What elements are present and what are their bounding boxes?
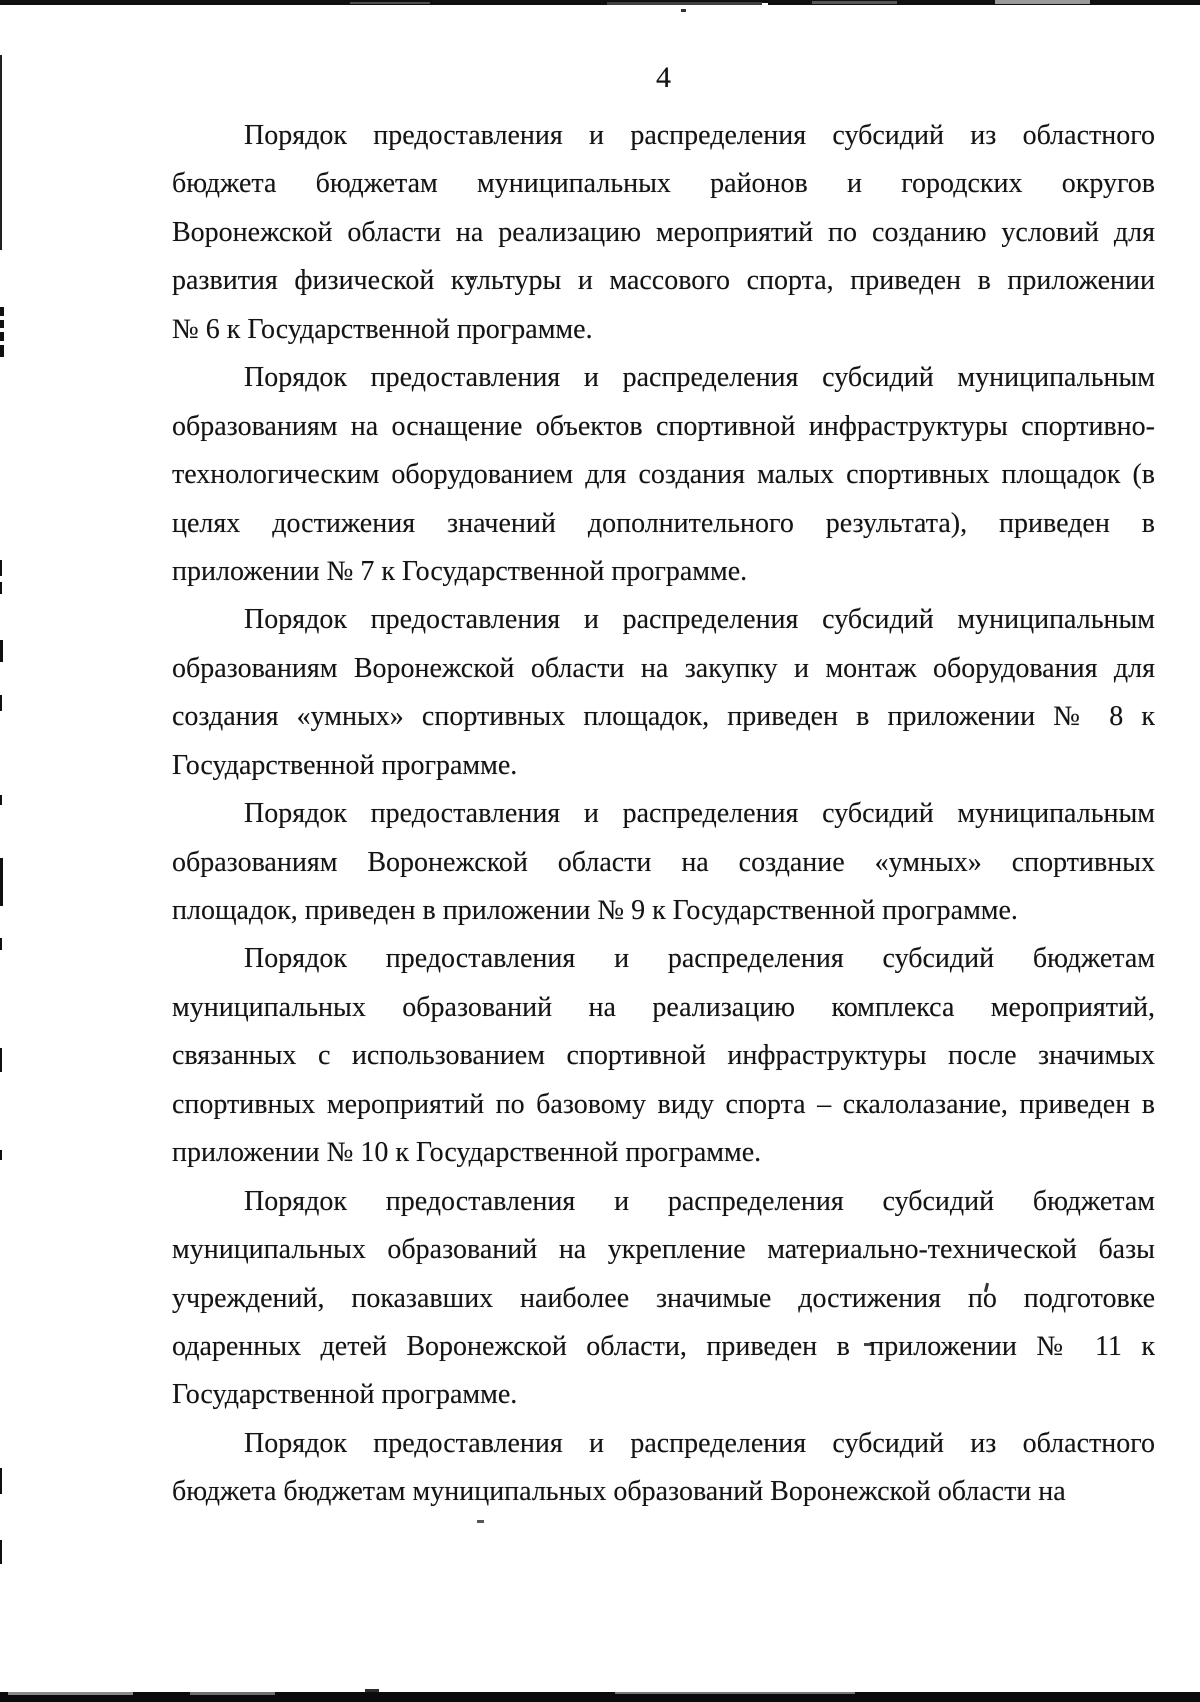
scan-artifact [365,1689,379,1692]
scan-artifact [0,345,4,357]
scan-artifact [0,582,2,594]
paragraph: Порядок предоставления и распределения с… [172,935,1155,1177]
scan-speck [681,9,686,12]
text-line: Порядок предоставления и распределения с… [172,790,1155,838]
scan-artifact [0,938,2,950]
text-line: муниципальных образований на укрепление … [172,1226,1155,1274]
scan-artifact [350,2,430,4]
paragraph: Порядок предоставления и распределения с… [172,354,1155,596]
text-line: Порядок предоставления и распределения с… [172,1178,1155,1226]
paragraph: Порядок предоставления и распределения с… [172,790,1155,935]
scan-border-left [0,55,2,250]
paragraph: Порядок предоставления и распределения с… [172,1178,1155,1420]
scan-artifact [0,320,4,328]
text-line: Порядок предоставления и распределения с… [172,596,1155,644]
text-line: создания «умных» спортивных площадок, пр… [172,693,1155,741]
scan-artifact [0,1468,2,1494]
scan-artifact [0,858,3,906]
text-line: приложении № 10 к Государственной програ… [172,1129,1155,1177]
scan-artifact [0,332,4,341]
text-line: Государственной программе. [172,1371,1155,1419]
scan-artifact [0,795,2,805]
scan-artifact [0,307,4,316]
scan-border-bottom [0,1692,1200,1702]
text-line: площадок, приведен в приложении № 9 к Го… [172,887,1155,935]
text-line: № 6 к Государственной программе. [172,306,1155,354]
text-line: Воронежской области на реализацию меропр… [172,209,1155,257]
scan-artifact [995,0,1090,4]
text-line: Порядок предоставления и распределения с… [172,112,1155,160]
scan-artifact [762,3,768,5]
document-body: Порядок предоставления и распределения с… [172,112,1155,1517]
text-line: бюджета бюджетам муниципальных районов и… [172,160,1155,208]
text-line: учреждений, показавших наиболее значимые… [172,1275,1155,1323]
text-line: спортивных мероприятий по базовому виду … [172,1081,1155,1129]
text-line: развития физической культуры и массового… [172,257,1155,305]
paragraph: Порядок предоставления и распределения с… [172,596,1155,790]
text-line: бюджета бюджетам муниципальных образован… [172,1468,1155,1516]
text-line: Государственной программе. [172,742,1155,790]
scan-speck [477,1520,484,1523]
scan-artifact [8,1692,133,1695]
scan-artifact [812,1,897,4]
scan-artifact [607,2,762,5]
scan-artifact [0,695,2,711]
text-line: муниципальных образований на реализацию … [172,984,1155,1032]
scan-artifact [615,1692,855,1694]
paragraph: Порядок предоставления и распределения с… [172,112,1155,354]
text-line: Порядок предоставления и распределения с… [172,1420,1155,1468]
text-line: приложении № 7 к Государственной програм… [172,548,1155,596]
scan-artifact [0,1150,2,1160]
text-line: образованиям на оснащение объектов спорт… [172,403,1155,451]
paragraph: Порядок предоставления и распределения с… [172,1420,1155,1517]
text-line: целях достижения значений дополнительног… [172,500,1155,548]
scan-artifact [0,640,3,662]
text-line: связанных с использованием спортивной ин… [172,1032,1155,1080]
page-number: 4 [172,60,1155,96]
text-line: Порядок предоставления и распределения с… [172,354,1155,402]
scan-artifact [0,1048,2,1072]
scan-artifact [0,560,2,576]
scan-artifact [190,1692,275,1695]
text-line: Порядок предоставления и распределения с… [172,935,1155,983]
text-line: образованиям Воронежской области на заку… [172,645,1155,693]
scanned-document-page: 4 Порядок предоставления и распределения… [0,0,1200,1702]
text-line: технологическим оборудованием для создан… [172,451,1155,499]
scan-artifact [0,1540,2,1564]
text-line: одаренных детей Воронежской области, при… [172,1323,1155,1371]
text-line: образованиям Воронежской области на созд… [172,839,1155,887]
